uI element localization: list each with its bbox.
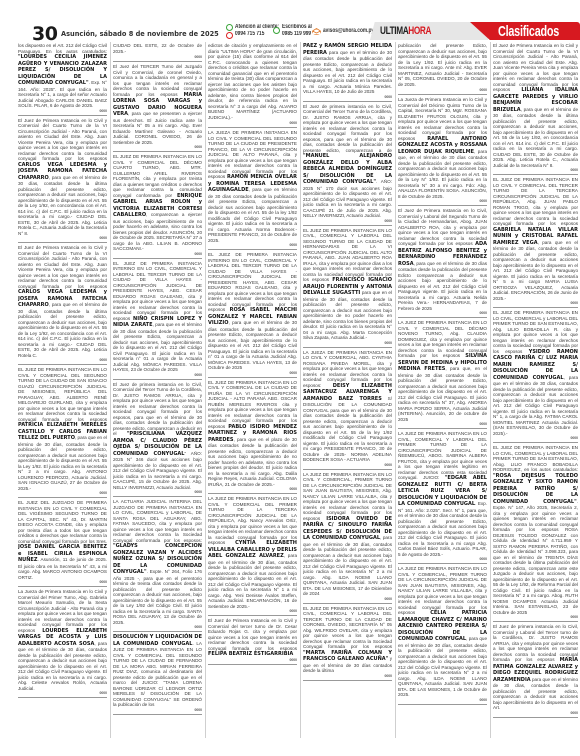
ad-reference-code: 0000 <box>398 557 487 561</box>
ad-reference-code: 0000 <box>303 674 392 678</box>
classified-ad: PAEZ y RAMÓN SERGIO MELIDA PEREIRA para … <box>303 42 392 102</box>
classified-ad: EL JUEZ DE PRIMERA INSTANCIA EN LO CIVIL… <box>18 366 107 498</box>
ad-text: LA JUEZA DE PRIMERA INSTANCIA EN LO CIVI… <box>208 130 297 179</box>
classified-ad: El Juez de Primera Instancia en lo Civil… <box>18 244 107 365</box>
ad-reference-code: 0000 <box>18 691 107 695</box>
phone-icon <box>226 32 233 39</box>
ad-reference-code: 0000 <box>208 658 297 662</box>
ad-text: LA JUEZ DE PRIMERA INSTANCIA EN LO CIVIL… <box>208 496 297 545</box>
ad-text: El Juez de primera instancia en lo Civil… <box>113 382 202 437</box>
ad-reference-code: 0000 <box>208 609 297 613</box>
ad-text: La Jueza de Primera Instancia en lo Civi… <box>18 589 107 633</box>
ad-text-continued: , para que, en el término de 30 días con… <box>398 366 487 422</box>
mail-icon <box>312 28 321 35</box>
ad-reference-code: 0000 <box>303 95 392 99</box>
ad-text: LA ACTUARIA JUDICIAL INTERINA DEL JUZGAD… <box>113 499 202 543</box>
ad-text: publicación del presente Edicto, compare… <box>398 43 487 87</box>
ad-reference-code: 0000 <box>113 55 202 59</box>
classified-ad: La Jueza de Primera Instancia en lo Civi… <box>18 588 107 698</box>
ad-text-continued: , comparezcan a ejercer sus acciones, ba… <box>113 212 202 251</box>
classified-ad: EL JUEZ DEL JUZGADO DE PRIMERA INSTANCIA… <box>18 499 107 587</box>
column-divider <box>205 42 206 738</box>
ad-text: EL JUEZ DE PRIMERA INSTANCIA EN LO CIVIL… <box>208 380 297 429</box>
ad-text: El Juez de primera instancia en lo Civil… <box>303 104 392 153</box>
classified-ad: El Juez de Primera Instancia en lo Civil… <box>208 617 297 665</box>
email-link[interactable]: avisos@uhora.com.py <box>323 28 374 35</box>
ad-reference-code: 0000 <box>113 625 202 629</box>
classified-ad: El Juez de primera instancia en lo Civil… <box>113 381 202 498</box>
classified-ad: LA JUEZ DE PRIMERA INSTANCIA EN LO CIVIL… <box>398 430 487 564</box>
ad-parties: DISOLUCIÓN Y LIQUIDACIÓN DE LA COMUNIDAD… <box>113 634 202 647</box>
ad-reference-code: 0000 <box>303 597 392 601</box>
ad-reference-code: 0000 <box>303 219 392 223</box>
classified-ad: LA JUEZA DE PRIMERA INSTANCIA EN LO CIVI… <box>303 349 392 470</box>
ad-text-continued: para que en el término de 30 días contad… <box>303 50 392 95</box>
classified-ad: El Juez del TERCER Turno del Juzgado Civ… <box>113 63 202 152</box>
ad-text-continued: , para que, en el término de 30 días con… <box>398 149 487 199</box>
classified-ad: EL JUEZ DE PRIMERA INSTANCIA EN LO CIVIL… <box>113 153 202 259</box>
classified-ad: LA ACTUARIA JUDICIAL INTERINA DEL JUZGAD… <box>113 498 202 632</box>
column-5: publicación del presente Edicto, compare… <box>398 42 487 738</box>
column-1: los dispuesto en el Art. 212 del Código … <box>18 42 107 738</box>
classified-ad: La Jueza de Primera Instancia en lo Civi… <box>398 96 487 206</box>
classifieds-columns: los dispuesto en el Art. 212 del Código … <box>18 42 578 742</box>
ad-text: EL JUEZ DE PRIMERA INSTANCIA EN LO CIVIL… <box>493 310 578 354</box>
ad-reference-code: 0000 <box>113 145 202 149</box>
ad-text: EL JUEZ DE PRIMERA INSTANCIA EN LO CIVIL… <box>493 177 578 226</box>
column-divider <box>395 42 396 738</box>
ad-reference-code: 0000 <box>398 698 487 702</box>
ad-reference-code: 0000 <box>303 463 392 467</box>
section-banner: ULTIMAHORA Clasificados <box>370 22 580 40</box>
ad-text: EL JUEZ DE PRIMERA INSTANCIA EN LO CIVIL… <box>303 228 392 283</box>
column-divider <box>490 42 491 738</box>
ad-text-continued: , para que en el término de 30 días cont… <box>398 261 487 311</box>
ad-text-continued: , para que en el término de 30 días cont… <box>113 322 202 372</box>
whatsapp-icon <box>273 27 280 34</box>
ad-reference-code: 0000 <box>398 199 487 203</box>
ad-text-continued: S/ DISOLUCIÓN DE LA COMUNIDAD CONYUGAL p… <box>303 396 392 463</box>
ultimahora-logo: ULTIMAHORA <box>380 25 431 37</box>
classified-ad: EL JUEZ DE PRIMERA INSTANCIA INTERINO EN… <box>113 260 202 380</box>
ad-text-continued: , para que en el término de 30 días, con… <box>303 535 392 596</box>
ad-reference-code: 0000 <box>493 436 578 440</box>
ad-reference-code: 0000 <box>208 487 297 491</box>
classified-ad: El Juez de primera instancia en lo Civil… <box>303 103 392 226</box>
ad-text-continued: , para que en el término de 30 días, con… <box>18 435 107 491</box>
section-title: Clasificados <box>498 23 559 40</box>
ad-reference-code: 0000 <box>398 422 487 426</box>
ad-text: EL JUEZ DE PRIMERA INSTANCIA EN LO CIVIL… <box>113 154 202 198</box>
classified-ad: LA JUEZ DE PRIMERA INSTANCIA EN LO CIVIL… <box>398 565 487 705</box>
ad-reference-code: 0000 <box>113 490 202 494</box>
classified-ad: edictos de citación y emplazamiento en e… <box>208 42 297 128</box>
ad-text: El Juez de Primera Instancia en lo Civil… <box>493 43 578 92</box>
ad-text-continued: , para que en el término de 30 días, con… <box>208 553 297 609</box>
ad-text-continued: , para que en término de 30 días contado… <box>208 187 297 243</box>
ad-reference-code: 0000 <box>18 109 107 113</box>
ad-reference-code: 0000 <box>208 121 297 125</box>
ad-text: LA JUEZ DE PRIMERA INSTANCIA EN LO CIVIL… <box>398 566 487 615</box>
ad-reference-code: 0000 <box>303 341 392 345</box>
classified-ad: EL JUEZ DE PRIMERA INSTANCIA EN LO CIVIL… <box>303 605 392 681</box>
classified-ad: El Juez de Primera Instancia en lo Civil… <box>398 207 487 318</box>
ad-text: El Juez de Primera Instancia en lo Civil… <box>208 618 297 651</box>
ad-text: LA JUEZ DE PRIMERA INSTANCIA EN LO CIVIL… <box>398 431 487 480</box>
ad-reference-code: 0000 <box>18 236 107 240</box>
ad-text-continued: . Expte. N° 147, Año 2025, Secretaría 2,… <box>493 499 578 615</box>
ad-text: El Juez de Primera Instancia en lo Civil… <box>398 208 487 246</box>
ad-reference-code: 0000 <box>493 168 578 172</box>
classified-ad: EL JUEZ DE PRIMERA INSTANCIA EN LO CIVIL… <box>208 379 297 495</box>
ad-text-continued: " AÑO: 2025 N° 346 ducir sus acciones ba… <box>113 451 202 490</box>
classified-ad: EL JUEZ DE PRIMERA INSTANCIA EN LO CIVIL… <box>493 309 578 443</box>
ad-reference-code: 0000 <box>208 243 297 247</box>
ad-text: EL JUEZ DEL JUZGADO DE PRIMERA INSTANCIA… <box>18 500 107 544</box>
ad-reference-code: 0000 <box>208 371 297 375</box>
classified-ad: El Juez de Primera Instancia en lo Civil… <box>18 117 107 244</box>
classified-ad: LA JUEZA DE PRIMERA INSTANCIA EN LO CIVI… <box>208 129 297 250</box>
page-header: 30 Asunción, sábado 8 de noviembre de 20… <box>0 0 580 42</box>
ad-reference-code: 0000 <box>493 615 578 619</box>
ad-reference-code: 0000 <box>493 301 578 305</box>
column-6: El Juez de Primera Instancia en lo Civil… <box>493 42 578 738</box>
classified-ad: EL JUEZ DE PRIMERA INSTANCIA EN LO CIVIL… <box>493 444 578 622</box>
classified-ad: LA JUEZ DE PRIMERA INSTANCIA EN LO CIVIL… <box>208 495 297 616</box>
ad-text-continued: . AÑO: 2025 N° 170 ducir sus acciones ba… <box>303 179 392 218</box>
classified-ad: El Juez de Primera Instancia en lo Civil… <box>493 42 578 175</box>
column-divider <box>300 42 301 738</box>
ad-parties: "MARTA FARIÑA COLMAN Y FRANCISCO GALEANO… <box>303 650 392 663</box>
ad-text: El Juez de Primera Instancia en lo Civil… <box>18 245 107 289</box>
ad-text: EL JUEZ DE PRIMERA INSTANCIA INTERINO EN… <box>113 261 202 321</box>
ad-text-continued: , para que en el término de 30 días, con… <box>18 641 107 691</box>
ad-text-continued: , para que en el término de 30 días, con… <box>18 302 107 358</box>
classified-ad: publicación del presente Edicto, compare… <box>398 42 487 95</box>
ad-reference-code: 0000 <box>113 373 202 377</box>
ad-text: los dispuesto en el Art. 212 del Código … <box>18 43 107 54</box>
ad-reference-code: 0000 <box>113 252 202 256</box>
column-4: PAEZ y RAMÓN SERGIO MELIDA PEREIRA para … <box>303 42 392 738</box>
dateline: Asunción, sábado 8 de noviembre de 2025 <box>61 30 219 38</box>
column-divider <box>110 42 111 738</box>
ad-text: LA JUEZ DE PRIMERA INSTANCIA EN LO CIVIL… <box>303 472 392 521</box>
classified-ad: LA JUEZ DE PRIMERA INSTANCIA EN LO CIVIL… <box>398 319 487 429</box>
classified-ad: EL JUEZ DE PRIMERA INSTANCIA INTERINO EN… <box>208 251 297 378</box>
ad-reference-code: 0000 <box>113 708 202 712</box>
ad-reference-code: 0000 <box>18 491 107 495</box>
ad-text-continued: . Exp. N° 161. Año: 2.025". Secr. N° 1, … <box>398 501 487 557</box>
ad-text-continued: , para que en el término de 30 días, con… <box>398 636 487 697</box>
ad-text-continued: , para que en el término de 30 días, con… <box>493 375 578 436</box>
ad-parties: "ROSA DEJESUS TOLEDO GONZALEZ Y SIXTO RA… <box>493 473 578 505</box>
classified-ad: EL JUEZ DE PRIMERA INSTANCIA EN LO CIVIL… <box>303 227 392 348</box>
ad-reference-code: 0000 <box>493 711 578 715</box>
ad-text-continued: , para que en el término de 30 días, con… <box>493 240 578 301</box>
ad-text-continued: . LA JUEZ DE PRIMERA INSTANCIA EN LO CIV… <box>113 641 202 708</box>
ad-text: La Jueza de Primera Instancia en lo Civi… <box>398 97 487 141</box>
ad-text: EL JUEZ DE PRIMERA INSTANCIA EN LO CIVIL… <box>18 367 107 422</box>
ad-reference-code: 0000 <box>18 580 107 584</box>
whatsapp-icon <box>226 24 233 31</box>
ad-reference-code: 0000 <box>398 311 487 315</box>
classified-ad: DISOLUCIÓN Y LIQUIDACIÓN DE LA COMUNIDAD… <box>113 633 202 715</box>
classified-ad: EL JUEZ DE PRIMERA INSTANCIA EN LO CIVIL… <box>493 176 578 308</box>
classified-ad: los dispuesto en el Art. 212 del Código … <box>18 42 107 116</box>
column-3: edictos de citación y emplazamiento en e… <box>208 42 297 738</box>
ad-text: El Juez de Primera Instancia en lo Civil… <box>18 118 107 162</box>
ad-text: edictos de citación y emplazamiento en e… <box>208 43 297 120</box>
ad-text-continued: , para que en el término de 30 días, con… <box>18 175 107 236</box>
classified-ad: El Juez de primera instancia en lo Civil… <box>493 623 578 718</box>
ad-reference-code: 0000 <box>18 358 107 362</box>
ad-text-continued: para que en el término de 30 días, conta… <box>303 290 392 340</box>
ad-reference-code: 0000 <box>398 88 487 92</box>
ad-text-continued: , para que en el término de 30 días cont… <box>208 320 297 370</box>
ad-parties: FELIPA BEATRIZ ESTIGARRIBIA <box>208 651 293 657</box>
column-2: CIUDAD DEL ESTE, 22 de Octubre de 2025.-… <box>113 42 202 738</box>
ad-text: EL JUEZ DE PRIMERA INSTANCIA INTERINO EN… <box>208 252 297 312</box>
ad-text: EL JUEZ DE PRIMERA INSTANCIA EN LO CIVIL… <box>303 606 392 650</box>
classified-ad: CIUDAD DEL ESTE, 22 de Octubre de 2025.-… <box>113 42 202 62</box>
ad-text: CIUDAD DEL ESTE, 22 de Octubre de 2025.- <box>113 43 202 54</box>
ad-text: EL JUEZ DE PRIMERA INSTANCIA EN LO CIVIL… <box>493 445 578 472</box>
classified-ad: LA JUEZ DE PRIMERA INSTANCIA EN LO CIVIL… <box>303 471 392 604</box>
whatsapp-number[interactable]: 0985 119 999 <box>282 31 312 38</box>
ad-text-continued: , para que en el plazo de 30 días contad… <box>208 437 297 487</box>
ad-text-continued: , para que en el término de 30 días, con… <box>493 107 578 168</box>
ad-text-continued: . Expte. N° 264, Folio 176 Año 2025 -, p… <box>113 569 202 625</box>
